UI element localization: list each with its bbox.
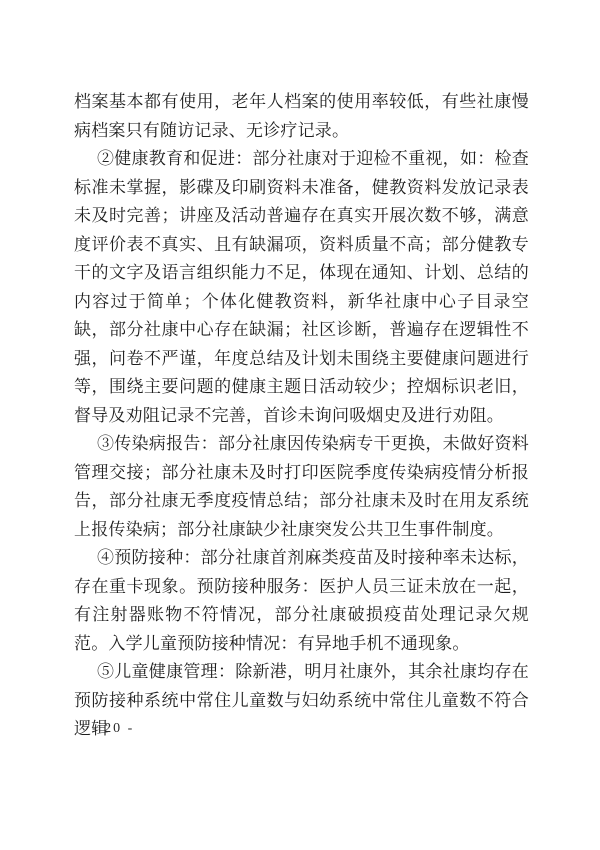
paragraph-item-5-child-health-management: ⑤儿童健康管理：除新港，明月社康外，其余社康均存在预防接种系统中常住儿童数与妇幼…	[74, 658, 529, 744]
page-number: - 20 -	[92, 721, 134, 737]
body-text: 档案基本都有使用，老年人档案的使用率较低，有些社康慢病档案只有随访记录、无诊疗记…	[74, 88, 529, 744]
document-page: 档案基本都有使用，老年人档案的使用率较低，有些社康慢病档案只有随访记录、无诊疗记…	[0, 0, 600, 850]
paragraph-item-4-vaccination: ④预防接种：部分社康首剂麻类疫苗及时接种率未达标，存在重卡现象。预防接种服务：医…	[74, 544, 529, 658]
paragraph-continuation: 档案基本都有使用，老年人档案的使用率较低，有些社康慢病档案只有随访记录、无诊疗记…	[74, 88, 529, 145]
paragraph-item-2-health-education: ②健康教育和促进：部分社康对于迎检不重视，如：检查标准未掌握，影碟及印刷资料未准…	[74, 145, 529, 430]
paragraph-item-3-infectious-disease-report: ③传染病报告：部分社康因传染病专干更换，未做好资料管理交接；部分社康未及时打印医…	[74, 430, 529, 544]
